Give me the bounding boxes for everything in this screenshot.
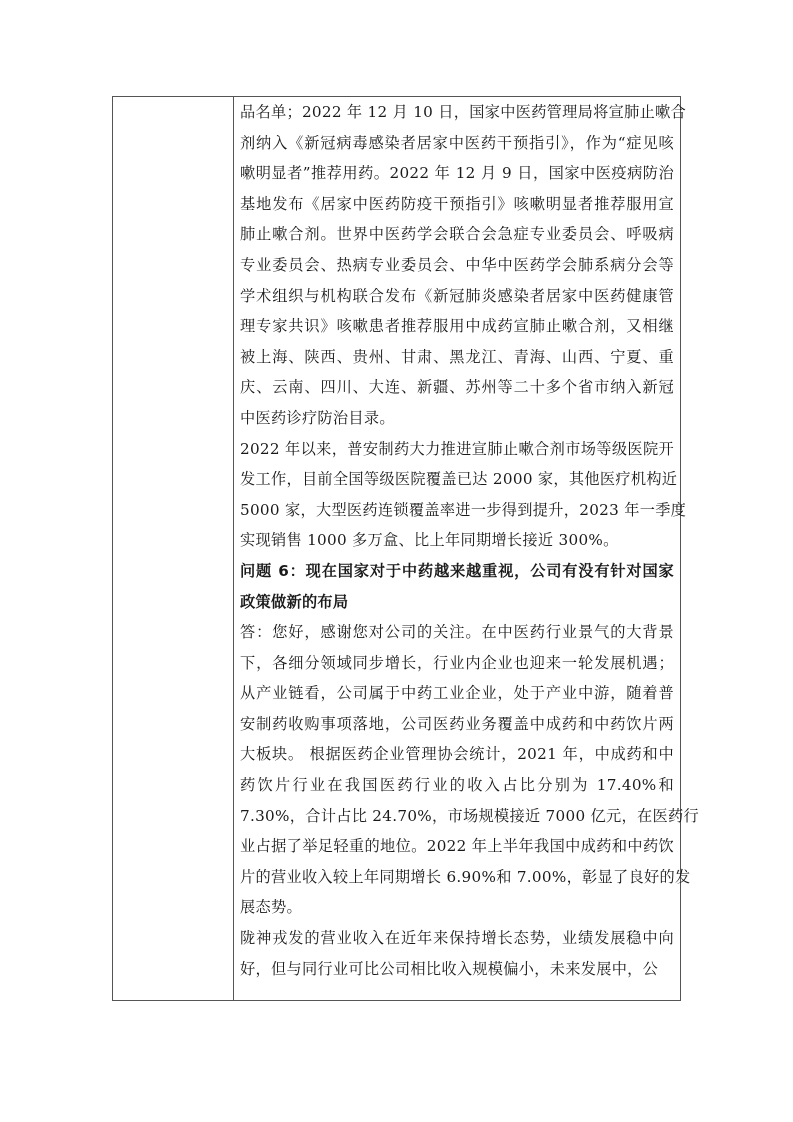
text-line: 从产业链看，公司属于中药工业企业，处于产业中游，随着普 bbox=[240, 678, 674, 709]
text-line: 被上海、陕西、贵州、甘肃、黑龙江、青海、山西、宁夏、重 bbox=[240, 342, 674, 373]
text-line: 基地发布《居家中医药防疫干预指引》咳嗽明显者推荐服用宣 bbox=[240, 189, 674, 220]
text-line: 答：您好，感谢您对公司的关注。在中医药行业景气的大背景 bbox=[240, 617, 674, 648]
text-line: 庆、云南、四川、大连、新疆、苏州等二十多个省市纳入新冠 bbox=[240, 372, 674, 403]
table-right-column: 品名单；2022 年 12 月 10 日，国家中医药管理局将宣肺止嗽合剂纳入《新… bbox=[234, 97, 680, 1000]
text-line: 展态势。 bbox=[240, 892, 674, 923]
text-line: 大板块。 根据医药企业管理协会统计，2021 年，中成药和中 bbox=[240, 739, 674, 770]
text-line: 发工作，目前全国等级医院覆盖已达 2000 家，其他医疗机构近 bbox=[240, 464, 674, 495]
text-line: 药饮片行业在我国医药行业的收入占比分别为 17.40%和 bbox=[240, 770, 674, 801]
text-line: 理专家共识》咳嗽患者推荐服用中成药宣肺止嗽合剂，又相继 bbox=[240, 311, 674, 342]
text-line: 肺止嗽合剂。世界中医药学会联合会急症专业委员会、呼吸病 bbox=[240, 219, 674, 250]
text-line: 下，各细分领域同步增长，行业内企业也迎来一轮发展机遇； bbox=[240, 648, 674, 679]
text-line: 实现销售 1000 多万盒、比上年同期增长接近 300%。 bbox=[240, 525, 674, 556]
text-line: 业占据了举足轻重的地位。2022 年上半年我国中成药和中药饮 bbox=[240, 831, 674, 862]
question-heading-line: 政策做新的布局 bbox=[240, 587, 674, 618]
qa-table: 品名单；2022 年 12 月 10 日，国家中医药管理局将宣肺止嗽合剂纳入《新… bbox=[112, 96, 681, 1001]
text-line: 品名单；2022 年 12 月 10 日，国家中医药管理局将宣肺止嗽合 bbox=[240, 97, 674, 128]
text-line: 好，但与同行业可比公司相比收入规模偏小，未来发展中，公 bbox=[240, 954, 674, 985]
text-line: 5000 家，大型医药连锁覆盖率进一步得到提升，2023 年一季度 bbox=[240, 495, 674, 526]
paragraph-answer-6: 答：您好，感谢您对公司的关注。在中医药行业景气的大背景下，各细分领域同步增长，行… bbox=[240, 617, 674, 923]
text-line: 剂纳入《新冠病毒感染者居家中医药干预指引》，作为“症见咳 bbox=[240, 128, 674, 159]
table-left-column bbox=[113, 97, 234, 1000]
paragraph-company-growth: 陇神戎发的营业收入在近年来保持增长态势，业绩发展稳中向好，但与同行业可比公司相比… bbox=[240, 923, 674, 984]
text-line: 片的营业收入较上年同期增长 6.90%和 7.00%，彰显了良好的发 bbox=[240, 862, 674, 893]
text-line: 2022 年以来，普安制药大力推进宣肺止嗽合剂市场等级医院开 bbox=[240, 434, 674, 465]
text-line: 中医药诊疗防治目录。 bbox=[240, 403, 674, 434]
paragraph-policy-inclusion: 品名单；2022 年 12 月 10 日，国家中医药管理局将宣肺止嗽合剂纳入《新… bbox=[240, 97, 674, 434]
text-line: 专业委员会、热病专业委员会、中华中医药学会肺系病分会等 bbox=[240, 250, 674, 281]
text-line: 陇神戎发的营业收入在近年来保持增长态势，业绩发展稳中向 bbox=[240, 923, 674, 954]
text-line: 7.30%，合计占比 24.70%，市场规模接近 7000 亿元，在医药行 bbox=[240, 801, 674, 832]
text-line: 学术组织与机构联合发布《新冠肺炎感染者居家中医药健康管 bbox=[240, 281, 674, 312]
text-line: 嗽明显者”推荐用药。2022 年 12 月 9 日，国家中医疫病防治 bbox=[240, 158, 674, 189]
paragraph-question-6: 问题 6：现在国家对于中药越来越重视，公司有没有针对国家政策做新的布局 bbox=[240, 556, 674, 617]
question-heading-line: 问题 6：现在国家对于中药越来越重视，公司有没有针对国家 bbox=[240, 556, 674, 587]
paragraph-market-development: 2022 年以来，普安制药大力推进宣肺止嗽合剂市场等级医院开发工作，目前全国等级… bbox=[240, 434, 674, 556]
text-line: 安制药收购事项落地，公司医药业务覆盖中成药和中药饮片两 bbox=[240, 709, 674, 740]
